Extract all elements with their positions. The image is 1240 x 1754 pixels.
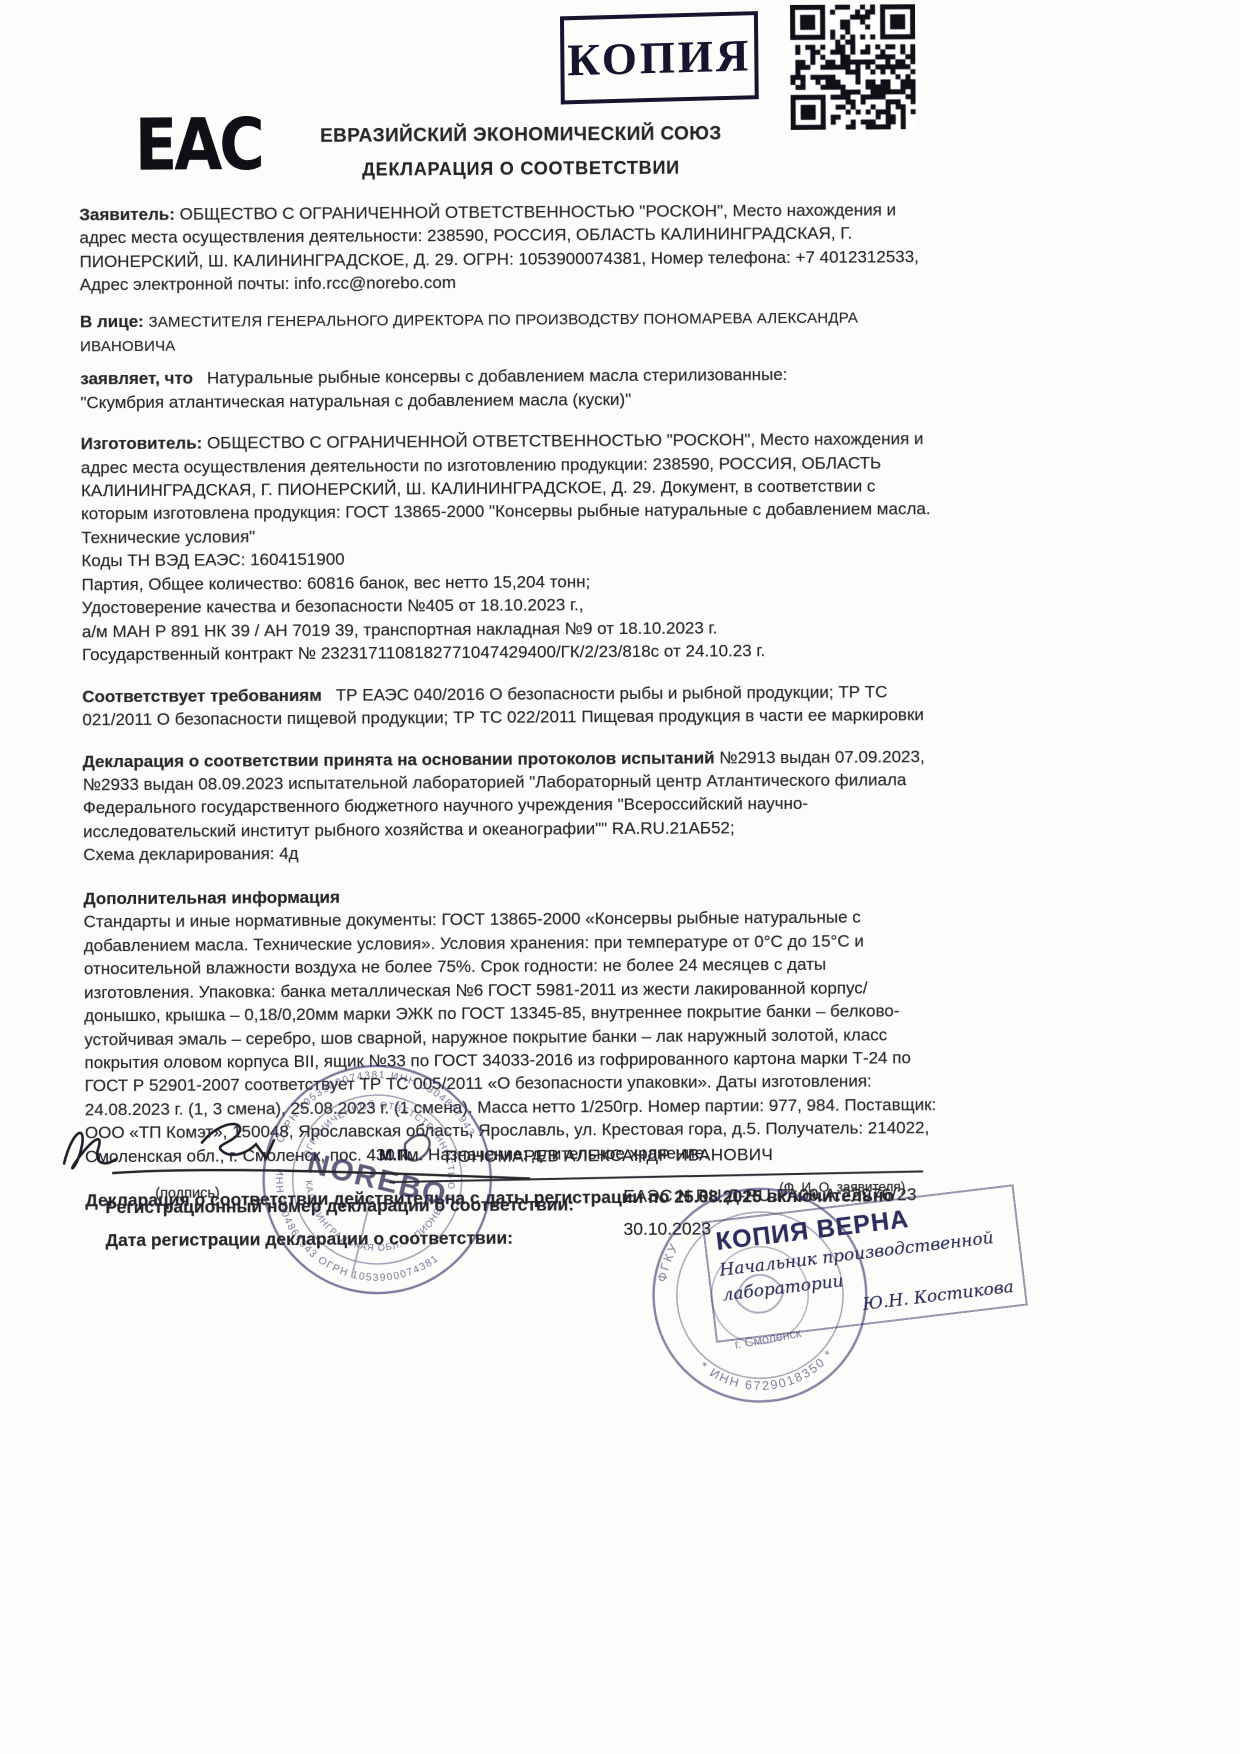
manufacturer-paragraph: Изготовитель: ОБЩЕСТВО С ОГРАНИЧЕННОЙ ОТ…: [81, 427, 938, 667]
document-page: КОПИЯ ЕАС ЕВРАЗИЙСКИЙ ЭКОНОМИЧЕСКИЙ СОЮЗ…: [0, 0, 1240, 1754]
copy-stamp: КОПИЯ: [560, 11, 759, 104]
declares-product: Натуральные рыбные консервы с добавление…: [207, 365, 788, 388]
document-body: Заявитель: ОБЩЕСТВО С ОГРАНИЧЕННОЙ ОТВЕТ…: [79, 198, 941, 1211]
manufacturer-intro: ОБЩЕСТВО С ОГРАНИЧЕННОЙ ОТВЕТСТВЕННОСТЬЮ…: [81, 429, 931, 547]
svg-text:* ИНН 6729018350 *: * ИНН 6729018350 *: [695, 1336, 841, 1405]
applicant-fio: ПОНОМАРЕВ АЛЕКСАНДР ИВАНОВИЧ: [445, 1145, 773, 1167]
declares-product-name: "Скумбрия атлантическая натуральная с до…: [80, 386, 936, 415]
registration-date-label: Дата регистрации декларации о соответств…: [106, 1228, 514, 1251]
applicant-paragraph: Заявитель: ОБЩЕСТВО С ОГРАНИЧЕННОЙ ОТВЕТ…: [79, 198, 936, 297]
state-contract: Государственный контракт № 2323171108182…: [82, 638, 938, 667]
declares-label: заявляет, что: [80, 369, 193, 389]
additional-info-label: Дополнительная информация: [83, 882, 939, 911]
basis-paragraph: Декларация о соответствии принята на осн…: [83, 745, 940, 867]
qr-code: [790, 4, 916, 130]
registration-number-label: Регистрационный номер декларации о соотв…: [105, 1194, 574, 1218]
basis-label: Декларация о соответствии принята на осн…: [83, 748, 715, 771]
declares-paragraph: заявляет, чтоНатуральные рыбные консервы…: [80, 362, 936, 414]
header-union: ЕВРАЗИЙСКИЙ ЭКОНОМИЧЕСКИЙ СОЮЗ: [211, 123, 831, 149]
conformity-label: Соответствует требованиям: [82, 685, 322, 705]
header-title: ДЕКЛАРАЦИЯ О СООТВЕТСТВИИ: [211, 157, 831, 182]
in-person-paragraph: В лице: ЗАМЕСТИТЕЛЯ ГЕНЕРАЛЬНОГО ДИРЕКТО…: [80, 305, 936, 358]
in-person-text: ЗАМЕСТИТЕЛЯ ГЕНЕРАЛЬНОГО ДИРЕКТОРА ПО ПР…: [80, 309, 858, 354]
manufacturer-label: Изготовитель:: [81, 434, 203, 454]
applicant-text: ОБЩЕСТВО С ОГРАНИЧЕННОЙ ОТВЕТСТВЕННОСТЬЮ…: [79, 200, 919, 294]
in-person-label: В лице:: [80, 312, 144, 331]
applicant-label: Заявитель:: [79, 205, 175, 225]
conformity-paragraph: Соответствует требованиямТР ЕАЭС 040/201…: [82, 680, 938, 732]
smolensk-ring-bottom: * ИНН 6729018350 *: [695, 1336, 841, 1405]
declaration-scheme: Схема декларирования: 4д: [83, 838, 939, 867]
copy-stamp-label: КОПИЯ: [567, 29, 751, 86]
